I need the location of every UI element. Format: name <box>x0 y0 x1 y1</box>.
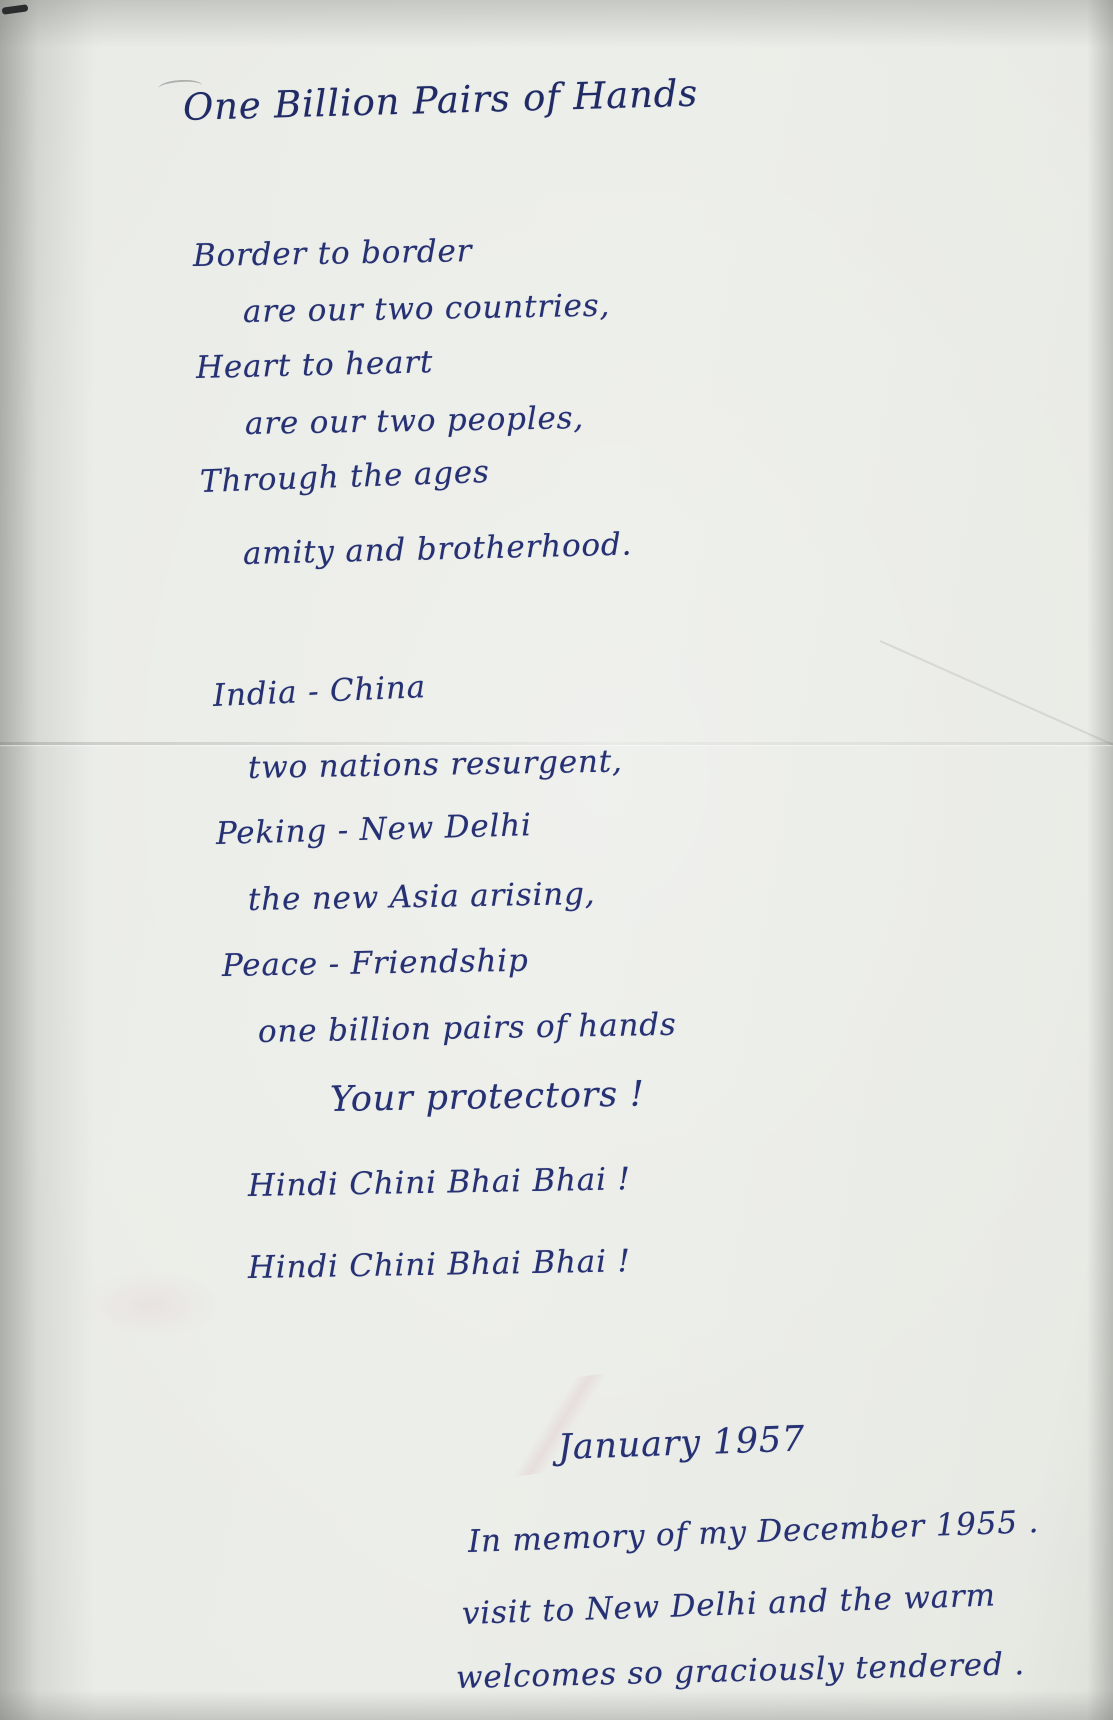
dedication-line: In memory of my December 1955 . <box>467 1504 1039 1560</box>
poem-title: One Billion Pairs of Hands <box>182 72 698 129</box>
scanned-manuscript-page: One Billion Pairs of Hands Border to bor… <box>0 0 1113 1720</box>
pink-smudge <box>80 1270 220 1340</box>
scan-shadow-bottom <box>0 1690 1113 1720</box>
poem-exclamation-line: Your protectors ! <box>330 1075 645 1120</box>
poem-line: two nations resurgent, <box>248 743 623 786</box>
diagonal-fold-crease <box>880 640 1113 748</box>
poem-line: Through the ages <box>199 454 490 500</box>
dedication-line: visit to New Delhi and the warm <box>461 1577 996 1632</box>
poem-line: are our two peoples, <box>245 400 585 442</box>
poem-line: Border to border <box>193 233 473 274</box>
poem-line: are our two countries, <box>243 288 611 330</box>
scan-shadow-top <box>0 0 1113 48</box>
poem-line: Peking - New Delhi <box>215 807 532 852</box>
dedication-line: welcomes so graciously tendered . <box>456 1646 1026 1696</box>
poem-refrain-line: Hindi Chini Bhai Bhai ! <box>248 1243 631 1286</box>
scan-shadow-left <box>0 0 95 1720</box>
poem-line: Peace - Friendship <box>222 943 529 984</box>
poem-line: Heart to heart <box>196 344 434 386</box>
poem-line: one billion pairs of hands <box>258 1007 677 1050</box>
poem-refrain-line: Hindi Chini Bhai Bhai ! <box>248 1161 631 1204</box>
date-line: January 1957 <box>557 1419 805 1468</box>
poem-line: India - China <box>212 669 426 714</box>
poem-line: amity and brotherhood. <box>243 526 633 572</box>
poem-line: the new Asia arising, <box>248 876 596 918</box>
scan-shadow-right <box>1087 0 1113 1720</box>
